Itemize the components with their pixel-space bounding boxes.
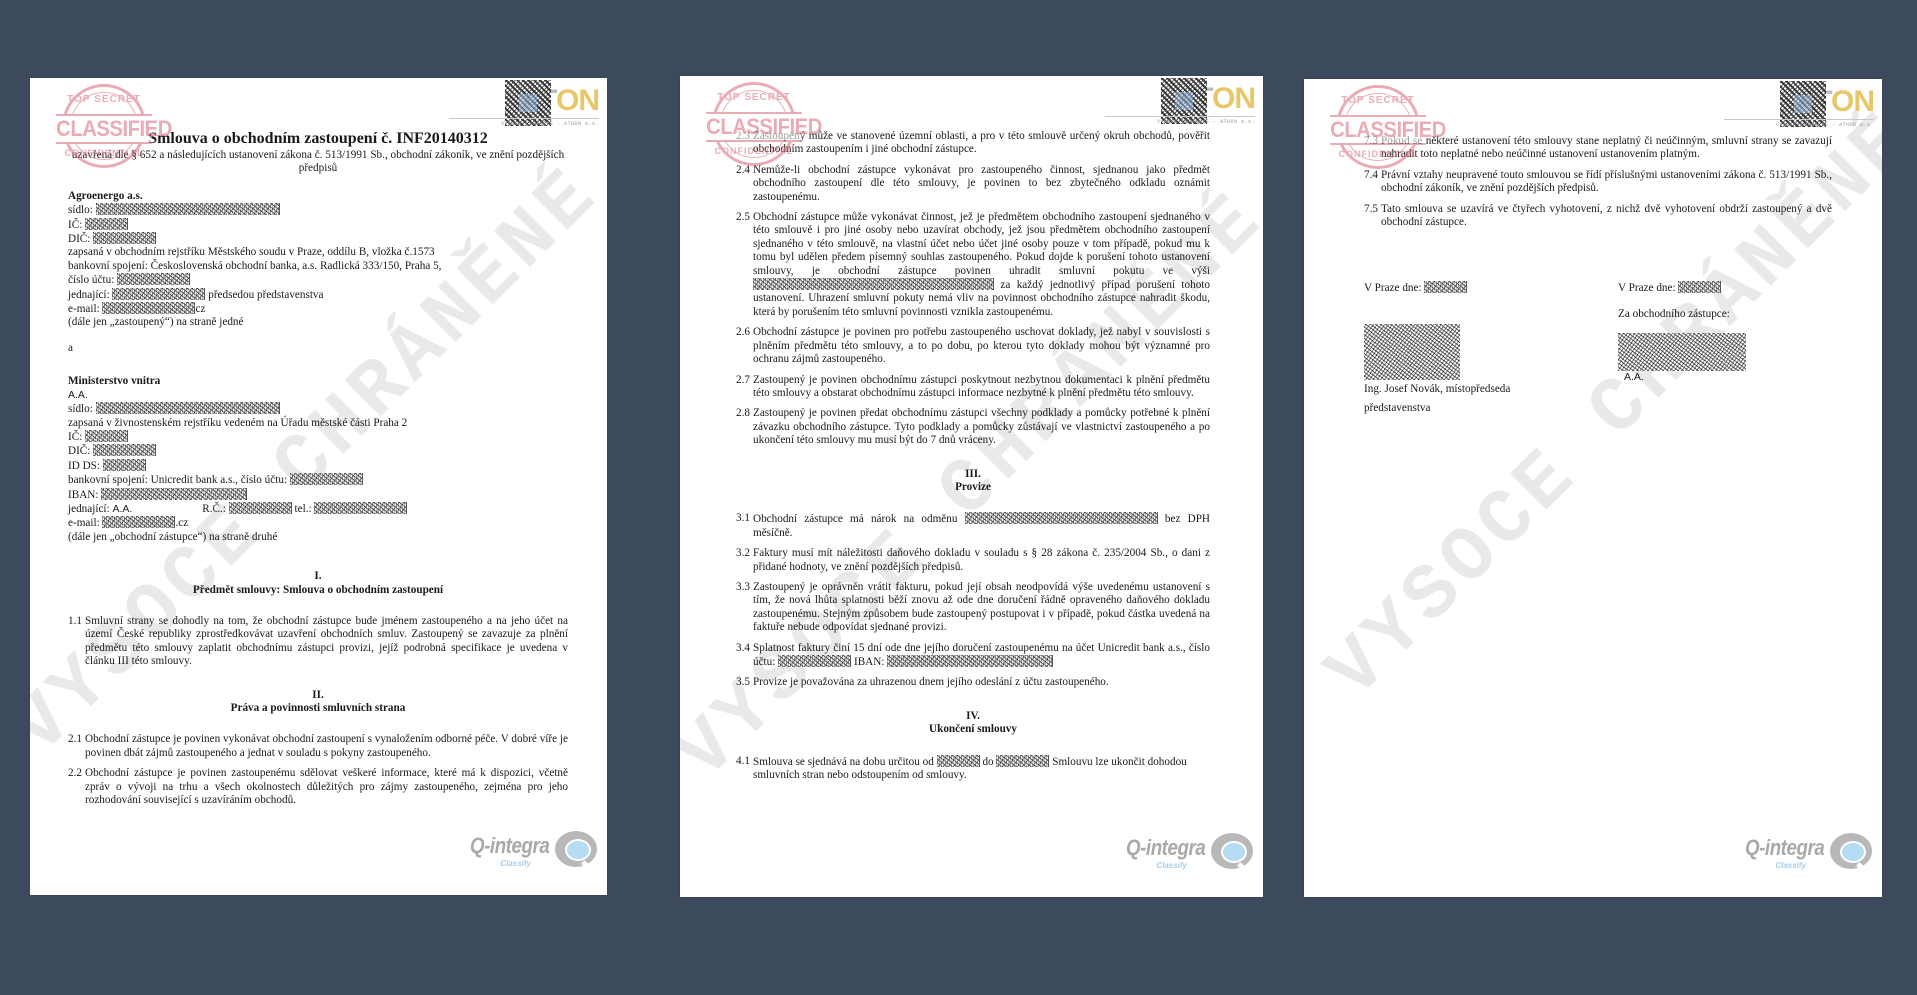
redacted-field [85,430,128,442]
clause: 3.5 Provize je považována za uhrazenou d… [736,676,1210,689]
page-2-content: 2.3 Zastoupený může ve stanovené územní … [736,130,1210,789]
document-page-2: VYSOCE CHRÁNĚNÉ TOP SECRET CLASSIFIED CO… [680,76,1263,897]
redacted-field [103,459,146,471]
aton-logo: ATON VYSOCE CHRÁNĚNÉ - ATHON a.s. [1694,83,1874,131]
clause: 2.8 Zastoupený je povinen předat obchodn… [736,407,1210,447]
redacted-field [112,288,205,300]
clause: 2.6 Obchodní zástupce je povinen pro pot… [736,326,1210,366]
q-integra-mark-icon [1830,833,1872,869]
page-1-content: Smlouva o obchodním zastoupení č. INF201… [68,130,568,814]
document-page-1: VYSOCE CHRÁNĚNÉ TOP SECRET CLASSIFIED CO… [30,78,607,895]
signature-obchodni-zastupce: V Praze dne: Za obchodního zástupce: A.A… [1578,281,1832,417]
document-page-3: VYSOCE CHRÁNĚNÉ TOP SECRET CLASSIFIED CO… [1304,79,1882,897]
clause: 7.5 Tato smlouva se uzavírá ve čtyřech v… [1364,203,1832,230]
redacted-field [117,273,190,285]
q-integra-logo: Q-integra Classify [1716,833,1876,875]
classified-stamp: TOP SECRET CLASSIFIED CONFIDENTIAL [702,82,806,182]
clause: 3.1 Obchodní zástupce má nárok na odměnu… [736,512,1210,540]
clause: 7.4 Právní vztahy neupravené touto smlou… [1364,169,1832,196]
clause: 1.1 Smluvní strany se dohodly na tom, že… [68,615,568,669]
signature-section: V Praze dne: Ing. Josef Novák, místopřed… [1364,281,1832,417]
qr-code-icon [1780,81,1826,127]
section-3: III. Provize [736,468,1210,495]
aton-logo: ATON VYSOCE CHRÁNĚNÉ - ATHON a.s. [419,82,599,130]
q-integra-mark-icon [555,831,597,867]
redacted-field [1678,281,1721,293]
clause: 2.4 Nemůže-li obchodní zástupce vykonáva… [736,164,1210,204]
redacted-field [93,444,156,456]
redacted-field [102,302,195,314]
clause: 4.1 Smlouva se sjednává na dobu určitou … [736,755,1210,783]
redacted-signature [1618,333,1746,371]
redacted-field [887,655,1053,667]
q-integra-logo: Q-integra Classify [1097,833,1257,875]
qr-code-icon [1161,78,1207,124]
redacted-field [965,512,1158,524]
party-1: Agroenergo a.s. sídlo: IČ: DIČ: zapsaná … [68,190,568,330]
q-integra-logo: Q-integra Classify [441,831,601,873]
redacted-field [937,755,980,767]
clause: 3.3 Zastoupený je oprávněn vrátit faktur… [736,581,1210,635]
party-2: Ministerstvo vnitra A.A. sídlo: zapsaná … [68,375,568,544]
redacted-field [96,402,280,414]
clause: 2.5 Obchodní zástupce může vykonávat čin… [736,211,1210,319]
redacted-field [101,488,247,500]
redacted-field [778,655,851,667]
clause: 2.1 Obchodní zástupce je povinen vykonáv… [68,733,568,760]
redacted-field [996,755,1049,767]
clause: 3.4 Splatnost faktury činí 15 dní ode dn… [736,642,1210,670]
clause: 2.2 Obchodní zástupce je povinen zastoup… [68,767,568,807]
redacted-signature [1364,324,1460,380]
redacted-field [229,502,292,514]
clause: 2.7 Zastoupený je povinen obchodnímu zás… [736,374,1210,401]
redacted-field [96,203,280,215]
redacted-field [753,278,994,290]
section-1: I. Předmět smlouvy: Smlouva o obchodním … [68,570,568,597]
qr-code-icon [505,80,551,126]
classified-stamp: TOP SECRET CLASSIFIED CONFIDENTIAL [52,84,156,184]
signature-zastoupeny: V Praze dne: Ing. Josef Novák, místopřed… [1364,281,1578,417]
redacted-field [85,218,128,230]
redacted-field [93,232,156,244]
redacted-field [290,473,363,485]
section-4: IV. Ukončení smlouvy [736,710,1210,737]
redacted-field [314,502,407,514]
classified-stamp: TOP SECRET CLASSIFIED CONFIDENTIAL [1326,85,1430,185]
redacted-field [1424,281,1467,293]
clause: 3.2 Faktury musí mít náležitosti daňovéh… [736,547,1210,574]
aton-logo: ATON VYSOCE CHRÁNĚNÉ - ATHON a.s. [1075,80,1255,128]
redacted-field [102,516,175,528]
page-3-content: 7.3 Pokud se některé ustanovení této sml… [1364,135,1832,418]
section-2: II. Práva a povinnosti smluvních strana [68,689,568,716]
q-integra-mark-icon [1211,833,1253,869]
